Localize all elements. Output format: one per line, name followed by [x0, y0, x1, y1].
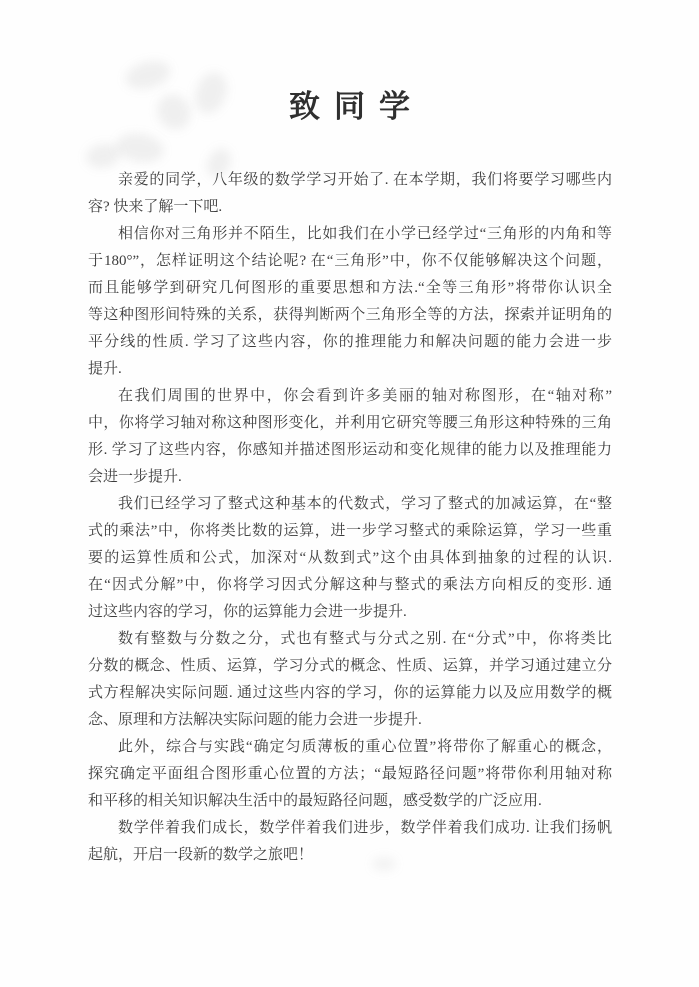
- text-line: 念、原理和方法解决实际问题的能力会进一步提升.: [88, 707, 612, 734]
- text-line: 会进一步提升.: [88, 464, 612, 491]
- text-line: 中，你将学习轴对称这种图形变化，并利用它研究等腰三角形这种特殊的三角: [88, 410, 612, 437]
- text-line: 我们已经学习了整式这种基本的代数式，学习了整式的加减运算，在“整: [88, 491, 612, 518]
- text-line: 式的乘法”中，你将类比数的运算，进一步学习整式的乘除运算，学习一些重: [88, 518, 612, 545]
- textbook-page: 致同学 亲爱的同学，八年级的数学学习开始了. 在本学期，我们将要学习哪些内容? …: [0, 0, 699, 987]
- text-line: 等这种图形间特殊的关系，获得判断两个三角形全等的方法，探索并证明角的: [88, 302, 612, 329]
- text-line: 相信你对三角形并不陌生，比如我们在小学已经学过“三角形的内角和等: [88, 221, 612, 248]
- text-line: 而且能够学到研究几何图形的重要思想和方法.“全等三角形”将带你认识全: [88, 275, 612, 302]
- paragraph: 数有整数与分数之分，式也有整式与分式之别. 在“分式”中，你将类比分数的概念、性…: [88, 626, 612, 734]
- text-line: 平分线的性质. 学习了这些内容，你的推理能力和解决问题的能力会进一步: [88, 329, 612, 356]
- paragraph: 此外，综合与实践“确定匀质薄板的重心位置”将带你了解重心的概念，探究确定平面组合…: [88, 734, 612, 869]
- text-line: 分数的概念、性质、运算，学习分式的概念、性质、运算，并学习通过建立分: [88, 653, 612, 680]
- body-text: 亲爱的同学，八年级的数学学习开始了. 在本学期，我们将要学习哪些内容? 快来了解…: [88, 167, 612, 869]
- text-line: 在“因式分解”中，你将学习因式分解这种与整式的乘法方向相反的变形. 通: [88, 572, 612, 599]
- paragraph: 在我们周围的世界中，你会看到许多美丽的轴对称图形，在“轴对称”中，你将学习轴对称…: [88, 383, 612, 491]
- text-line: 式方程解决实际问题. 通过这些内容的学习，你的运算能力以及应用数学的概: [88, 680, 612, 707]
- text-line: 提升.: [88, 356, 612, 383]
- paragraph: 亲爱的同学，八年级的数学学习开始了. 在本学期，我们将要学习哪些内容? 快来了解…: [88, 167, 612, 221]
- text-line: 于180°”，怎样证明这个结论呢? 在“三角形”中，你不仅能够解决这个问题，: [88, 248, 612, 275]
- text-line: 亲爱的同学，八年级的数学学习开始了. 在本学期，我们将要学习哪些内: [88, 167, 612, 194]
- text-line: 要的运算性质和公式，加深对“从数到式”这个由具体到抽象的过程的认识.: [88, 545, 612, 572]
- text-line: 数学伴着我们成长，数学伴着我们进步，数学伴着我们成功. 让我们扬帆: [88, 815, 612, 842]
- scan-smudge: [114, 130, 166, 166]
- text-line: 和平移的相关知识解决生活中的最短路径问题，感受数学的广泛应用.: [88, 788, 612, 815]
- text-line: 数有整数与分数之分，式也有整式与分式之别. 在“分式”中，你将类比: [88, 626, 612, 653]
- paragraph: 我们已经学习了整式这种基本的代数式，学习了整式的加减运算，在“整式的乘法”中，你…: [88, 491, 612, 626]
- text-line: 在我们周围的世界中，你会看到许多美丽的轴对称图形，在“轴对称”: [88, 383, 612, 410]
- text-line: 起航，开启一段新的数学之旅吧！: [88, 842, 612, 869]
- text-line: 探究确定平面组合图形重心位置的方法；“最短路径问题”将带你利用轴对称: [88, 761, 612, 788]
- text-line: 过这些内容的学习，你的运算能力会进一步提升.: [88, 599, 612, 626]
- paragraph: 相信你对三角形并不陌生，比如我们在小学已经学过“三角形的内角和等于180°”，怎…: [88, 221, 612, 383]
- text-line: 容? 快来了解一下吧.: [88, 194, 612, 221]
- text-line: 此外，综合与实践“确定匀质薄板的重心位置”将带你了解重心的概念，: [88, 734, 612, 761]
- page-title: 致同学: [0, 81, 699, 126]
- text-line: 形. 学习了这些内容，你感知并描述图形运动和变化规律的能力以及推理能力: [88, 437, 612, 464]
